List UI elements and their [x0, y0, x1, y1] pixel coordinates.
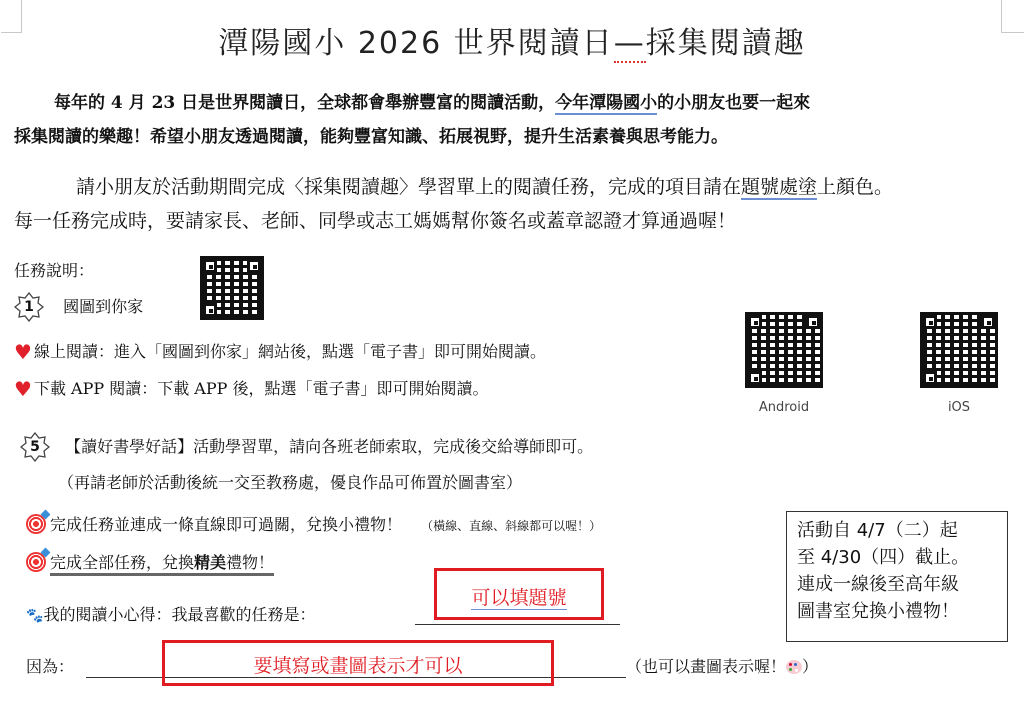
drawing-hint-text: （也可以畫圖表示喔！	[626, 657, 786, 676]
intro-p2-text-c: 上顏色。	[817, 176, 893, 198]
task-1-item-text: 下載 APP 閱讀：下載 APP 後，點選「電子書」即可開始閱讀。	[34, 379, 489, 398]
reward-2-text-c: 禮物！	[226, 553, 274, 572]
reflection-because-label: 因為：	[26, 656, 74, 678]
qr-code-android	[745, 312, 823, 388]
note-line: 活動自 4/7（二）起	[797, 517, 997, 544]
annotation-box-explain: 要填寫或畫圖表示才可以	[162, 640, 554, 686]
task-1-heading: 1 國圖到你家	[14, 292, 143, 322]
favorite-task-blank[interactable]	[415, 624, 620, 625]
intro-paragraph-1: 每年的 4 月 23 日是世界閱讀日，全球都會舉辦豐富的閱讀活動，今年潭陽國小的…	[14, 86, 1014, 154]
star-badge-5: 5	[20, 432, 50, 462]
task-1-item-text: 線上閱讀：進入「國圖到你家」網站後，點選「電子書」即可開始閱讀。	[34, 342, 546, 361]
task-5-line2: （再請老師於活動後統一交至教務處，優良作品可佈置於圖書室）	[58, 472, 522, 494]
reward-2-text: 完成全部任務，兌換精美禮物！	[50, 553, 274, 576]
reward-2-text-a: 完成全部任務，兌換	[50, 553, 194, 572]
intro-p1-text-c: 的小朋友也要一起來	[657, 93, 810, 113]
intro-p1-text-a: 每年的 4 月 23 日是世界閱讀日，全球都會舉辦豐富的閱讀活動，	[54, 93, 555, 113]
drawing-hint-close: ）	[802, 657, 818, 676]
title-sub: 採集閱讀趣	[646, 26, 806, 61]
qr-code-website	[200, 256, 264, 320]
task-1-item-app: ♥下載 APP 閱讀：下載 APP 後，點選「電子書」即可開始閱讀。	[14, 378, 488, 400]
palette-icon	[786, 660, 802, 674]
note-line: 圖書室兌換小禮物！	[797, 598, 997, 625]
task-5-line1: 【讀好書學好話】活動學習單，請向各班老師索取，完成後交給導師即可。	[65, 437, 593, 456]
annotation-text-explain: 要填寫或畫圖表示才可以	[165, 651, 551, 678]
task-1-item-online: ♥線上閱讀：進入「國圖到你家」網站後，點選「電子書」即可開始閱讀。	[14, 341, 546, 363]
reflection-favorite-label: 🐾我的閱讀小心得：我最喜歡的任務是：	[26, 604, 315, 627]
intro-p1-line2: 採集閱讀的樂趣！希望小朋友透過閱讀，能夠豐富知識、拓展視野，提升生活素養與思考能…	[14, 120, 1014, 154]
target-icon	[26, 514, 46, 534]
target-icon	[26, 552, 46, 572]
reward-1-note: （橫線、直線、斜線都可以喔！）	[421, 519, 601, 533]
reflection-label-text: 我的閱讀小心得：我最喜歡的任務是：	[43, 605, 315, 624]
qr-label-android: Android	[735, 400, 833, 415]
annotation-text-task-number: 可以填題號	[471, 587, 566, 610]
task-5-number: 5	[20, 432, 50, 462]
reward-line-2: 完成全部任務，兌換精美禮物！	[26, 552, 274, 574]
task-1-number: 1	[14, 292, 44, 322]
task-1-title: 國圖到你家	[63, 297, 143, 316]
tasks-heading: 任務說明：	[14, 260, 94, 282]
reward-line-1: 完成任務並連成一條直線即可過關，兌換小禮物！ （橫線、直線、斜線都可以喔！）	[26, 514, 601, 537]
reward-1-text: 完成任務並連成一條直線即可過關，兌換小禮物！	[50, 515, 402, 534]
heart-icon: ♥	[14, 340, 32, 364]
title-main: 潭陽國小 2026 世界閱讀日	[218, 26, 613, 61]
annotation-box-task-number: 可以填題號	[434, 568, 604, 620]
intro-paragraph-2: 請小朋友於活動期間完成〈採集閱讀趣〉學習單上的閱讀任務，完成的項目請在題號處塗上…	[14, 170, 1014, 238]
star-badge-1: 1	[14, 292, 44, 322]
note-line: 至 4/30（四）截止。	[797, 544, 997, 571]
qr-code-ios	[920, 312, 998, 388]
intro-p2-line2: 每一任務完成時，要請家長、老師、同學或志工媽媽幫你簽名或蓋章認證才算通過喔！	[14, 204, 1014, 238]
task-5-heading: 5 【讀好書學好話】活動學習單，請向各班老師索取，完成後交給導師即可。	[20, 432, 593, 462]
paw-icon: 🐾	[26, 608, 43, 624]
intro-p2-text-a: 請小朋友於活動期間完成〈採集閱讀趣〉學習單上的閱讀任務，完成的項目請在	[76, 176, 741, 198]
document-title: 潭陽國小 2026 世界閱讀日—採集閱讀趣	[0, 18, 1024, 62]
intro-p1-text-school: 今年潭陽國小	[555, 93, 657, 115]
reward-2-text-b: 精美	[194, 553, 226, 572]
heart-icon: ♥	[14, 377, 32, 401]
drawing-hint: （也可以畫圖表示喔！）	[626, 656, 818, 678]
title-dash: —	[614, 26, 646, 63]
activity-period-note-box: 活動自 4/7（二）起 至 4/30（四）截止。 連成一線後至高年級 圖書室兌換…	[786, 511, 1008, 642]
qr-label-ios: iOS	[910, 400, 1008, 415]
note-line: 連成一線後至高年級	[797, 571, 997, 598]
intro-p2-text-b: 題號處塗	[741, 176, 817, 200]
